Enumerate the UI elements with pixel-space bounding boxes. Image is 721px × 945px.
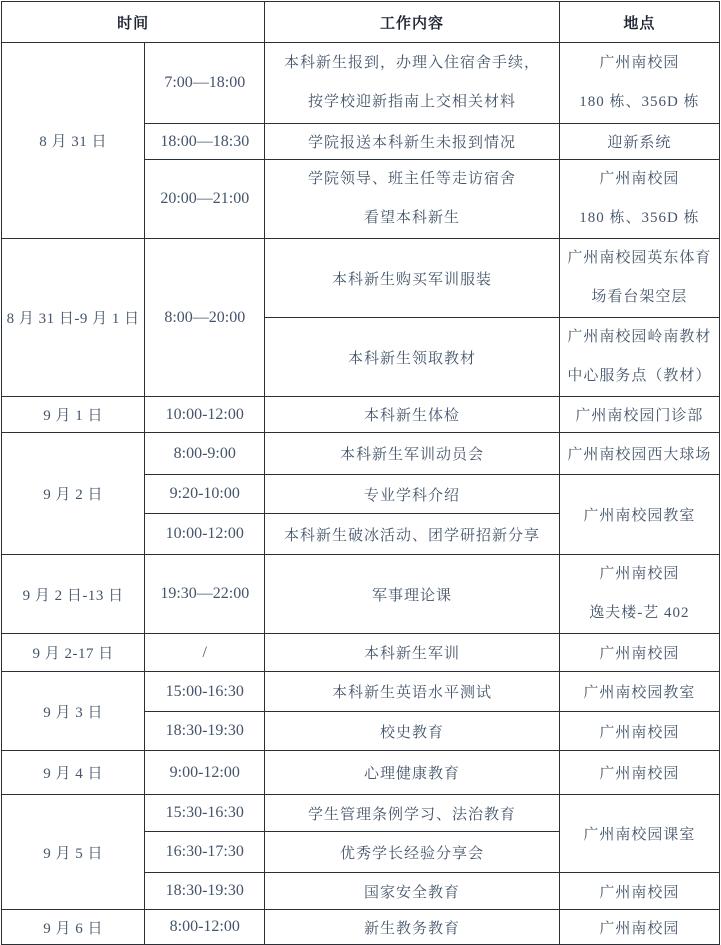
table-row: 9 月 2-17 日 / 本科新生军训 广州南校园: [2, 634, 720, 672]
time-text: 18:30-19:30: [147, 882, 262, 900]
table-row: 9 月 2 日-13 日 19:30—22:00 军事理论课 广州南校园 逸夫楼…: [2, 555, 720, 634]
time-cell: 8:00—20:00: [145, 239, 265, 397]
time-text: 9:00-12:00: [147, 764, 262, 782]
time-cell: 8:00-12:00: [145, 910, 265, 945]
activity-text: 优秀学长经验分享会: [267, 842, 556, 863]
date-cell: 8 月 31 日: [2, 43, 145, 239]
header-row: 时间 工作内容 地点: [2, 2, 720, 43]
location-cell: 广州南校园: [559, 634, 719, 672]
time-text: 9:20-10:00: [147, 485, 262, 503]
time-text: 16:30-17:30: [147, 843, 262, 861]
activity-cell: 学院报送本科新生未报到情况: [265, 124, 559, 160]
location-line: 逸夫楼-艺 402: [562, 594, 717, 633]
activity-cell: 本科新生体检: [265, 397, 559, 433]
time-text: 7:00—18:00: [147, 74, 262, 92]
time-cell: 16:30-17:30: [145, 832, 265, 873]
activity-cell: 学生管理条例学习、法治教育: [265, 795, 559, 832]
activity-text: 专业学科介绍: [267, 484, 556, 505]
time-text: 8:00-9:00: [147, 445, 262, 463]
time-cell: 19:30—22:00: [145, 555, 265, 634]
location-line: 广州南校园: [562, 160, 717, 199]
date-cell: 9 月 3 日: [2, 672, 145, 751]
activity-line: 本科新生报到，办理入住宿舍手续，: [267, 44, 556, 83]
table-row: 8 月 31 日 7:00—18:00 本科新生报到，办理入住宿舍手续， 按学校…: [2, 43, 720, 124]
location-line: 广州南校园: [562, 44, 717, 83]
time-text: 10:00-12:00: [147, 406, 262, 424]
location-cell: 广州南校园: [559, 910, 719, 945]
activity-text: 学生管理条例学习、法治教育: [267, 803, 556, 824]
activity-text: 新生教务教育: [267, 917, 556, 938]
activity-cell: 国家安全教育: [265, 873, 559, 910]
activity-text: 本科新生军训动员会: [267, 443, 556, 464]
activity-text: 本科新生军训: [267, 642, 556, 663]
activity-cell: 本科新生报到，办理入住宿舍手续， 按学校迎新指南上交相关材料: [265, 43, 559, 124]
date-cell: 9 月 4 日: [2, 751, 145, 795]
time-cell: 15:00-16:30: [145, 672, 265, 712]
location-cell: 广州南校园西大球场: [559, 433, 719, 475]
date-text: 9 月 1 日: [4, 404, 142, 425]
activity-cell: 心理健康教育: [265, 751, 559, 795]
time-cell: 7:00—18:00: [145, 43, 265, 124]
location-cell: 广州南校园 180 栋、356D 栋: [559, 43, 719, 124]
activity-cell: 本科新生军训: [265, 634, 559, 672]
location-text: 广州南校园: [562, 721, 717, 742]
orientation-schedule-table: 时间 工作内容 地点 8 月 31 日 7:00—18:00 本科新生报到，办理…: [1, 1, 720, 945]
activity-cell: 新生教务教育: [265, 910, 559, 945]
date-cell: 9 月 5 日: [2, 795, 145, 910]
location-cell: 迎新系统: [559, 124, 719, 160]
location-cell: 广州南校园教室: [559, 475, 719, 555]
date-text: 8 月 31 日: [4, 130, 142, 151]
location-cell: 广州南校园 180 栋、356D 栋: [559, 160, 719, 239]
date-text: 9 月 2-17 日: [4, 642, 142, 663]
activity-cell: 本科新生破冰活动、团学研招新分享: [265, 514, 559, 555]
time-cell: 18:30-19:30: [145, 712, 265, 751]
date-cell: 9 月 6 日: [2, 910, 145, 945]
column-header-location: 地点: [559, 2, 719, 43]
time-text: 10:00-12:00: [147, 525, 262, 543]
date-text: 9 月 2 日: [4, 483, 142, 504]
activity-line: 学院领导、班主任等走访宿舍: [267, 160, 556, 199]
location-cell: 广州南校园门诊部: [559, 397, 719, 433]
time-cell: 18:30-19:30: [145, 873, 265, 910]
location-line: 广州南校园: [562, 555, 717, 594]
activity-text: 本科新生体检: [267, 404, 556, 425]
date-cell: 9 月 2-17 日: [2, 634, 145, 672]
time-text: 15:00-16:30: [147, 683, 262, 701]
location-cell: 广州南校园 逸夫楼-艺 402: [559, 555, 719, 634]
location-text: 广州南校园西大球场: [562, 443, 717, 464]
date-cell: 8 月 31 日-9 月 1 日: [2, 239, 145, 397]
location-line: 180 栋、356D 栋: [562, 199, 717, 238]
time-cell: 20:00—21:00: [145, 160, 265, 239]
activity-text: 军事理论课: [267, 584, 556, 605]
location-line: 180 栋、356D 栋: [562, 83, 717, 122]
table-row: 9 月 4 日 9:00-12:00 心理健康教育 广州南校园: [2, 751, 720, 795]
table-row: 9 月 3 日 15:00-16:30 本科新生英语水平测试 广州南校园教室: [2, 672, 720, 712]
location-text: 迎新系统: [562, 131, 717, 152]
location-line: 场看台架空层: [562, 278, 717, 317]
location-text: 广州南校园教室: [562, 504, 717, 525]
location-text: 广州南校园教室: [562, 681, 717, 702]
activity-text: 校史教育: [267, 721, 556, 742]
table-row: 9 月 5 日 15:30-16:30 学生管理条例学习、法治教育 广州南校园课…: [2, 795, 720, 832]
time-cell: 10:00-12:00: [145, 514, 265, 555]
time-cell: 8:00-9:00: [145, 433, 265, 475]
time-text: 8:00—20:00: [147, 309, 262, 327]
activity-line: 按学校迎新指南上交相关材料: [267, 83, 556, 122]
location-cell: 广州南校园: [559, 751, 719, 795]
activity-cell: 军事理论课: [265, 555, 559, 634]
location-cell: 广州南校园课室: [559, 795, 719, 873]
activity-cell: 本科新生英语水平测试: [265, 672, 559, 712]
location-text: 广州南校园: [562, 881, 717, 902]
column-header-time: 时间: [2, 2, 265, 43]
date-text: 9 月 4 日: [4, 762, 142, 783]
location-cell: 广州南校园教室: [559, 672, 719, 712]
time-cell: /: [145, 634, 265, 672]
time-cell: 18:00—18:30: [145, 124, 265, 160]
schedule-page: 时间 工作内容 地点 8 月 31 日 7:00—18:00 本科新生报到，办理…: [0, 0, 721, 940]
table-row: 8 月 31 日-9 月 1 日 8:00—20:00 本科新生购买军训服装 广…: [2, 239, 720, 318]
location-cell: 广州南校园英东体育 场看台架空层: [559, 239, 719, 318]
activity-cell: 本科新生军训动员会: [265, 433, 559, 475]
location-line: 广州南校园岭南教材: [562, 318, 717, 357]
date-cell: 9 月 2 日-13 日: [2, 555, 145, 634]
location-line: 广州南校园英东体育: [562, 239, 717, 278]
location-text: 广州南校园: [562, 917, 717, 938]
activity-text: 本科新生购买军训服装: [267, 268, 556, 289]
time-cell: 9:00-12:00: [145, 751, 265, 795]
time-text: 18:30-19:30: [147, 722, 262, 740]
activity-text: 国家安全教育: [267, 881, 556, 902]
column-header-content: 工作内容: [265, 2, 559, 43]
activity-cell: 学院领导、班主任等走访宿舍 看望本科新生: [265, 160, 559, 239]
time-cell: 10:00-12:00: [145, 397, 265, 433]
activity-line: 看望本科新生: [267, 199, 556, 238]
activity-text: 本科新生领取教材: [267, 347, 556, 368]
date-text: 9 月 3 日: [4, 701, 142, 722]
activity-cell: 优秀学长经验分享会: [265, 832, 559, 873]
time-text: 8:00-12:00: [147, 918, 262, 936]
date-text: 9 月 2 日-13 日: [4, 584, 142, 605]
date-text: 9 月 6 日: [4, 917, 142, 938]
time-text: 18:00—18:30: [147, 133, 262, 151]
activity-cell: 本科新生购买军训服装: [265, 239, 559, 318]
date-cell: 9 月 1 日: [2, 397, 145, 433]
time-cell: 15:30-16:30: [145, 795, 265, 832]
date-text: 9 月 5 日: [4, 842, 142, 863]
time-cell: 9:20-10:00: [145, 475, 265, 514]
time-text: 15:30-16:30: [147, 804, 262, 822]
table-row: 9 月 6 日 8:00-12:00 新生教务教育 广州南校园: [2, 910, 720, 945]
activity-cell: 本科新生领取教材: [265, 318, 559, 397]
location-line: 中心服务点（教材）: [562, 357, 717, 396]
time-text: /: [147, 644, 262, 662]
activity-text: 心理健康教育: [267, 762, 556, 783]
location-cell: 广州南校园: [559, 712, 719, 751]
date-text: 8 月 31 日-9 月 1 日: [4, 307, 142, 328]
location-text: 广州南校园: [562, 762, 717, 783]
time-text: 20:00—21:00: [147, 190, 262, 208]
location-text: 广州南校园课室: [562, 823, 717, 844]
location-text: 广州南校园门诊部: [562, 404, 717, 425]
activity-text: 学院报送本科新生未报到情况: [267, 131, 556, 152]
activity-cell: 校史教育: [265, 712, 559, 751]
table-row: 9 月 2 日 8:00-9:00 本科新生军训动员会 广州南校园西大球场: [2, 433, 720, 475]
activity-text: 本科新生英语水平测试: [267, 681, 556, 702]
activity-cell: 专业学科介绍: [265, 475, 559, 514]
location-cell: 广州南校园: [559, 873, 719, 910]
table-row: 9 月 1 日 10:00-12:00 本科新生体检 广州南校园门诊部: [2, 397, 720, 433]
time-text: 19:30—22:00: [147, 585, 262, 603]
location-cell: 广州南校园岭南教材 中心服务点（教材）: [559, 318, 719, 397]
location-text: 广州南校园: [562, 642, 717, 663]
activity-text: 本科新生破冰活动、团学研招新分享: [267, 524, 556, 545]
date-cell: 9 月 2 日: [2, 433, 145, 555]
